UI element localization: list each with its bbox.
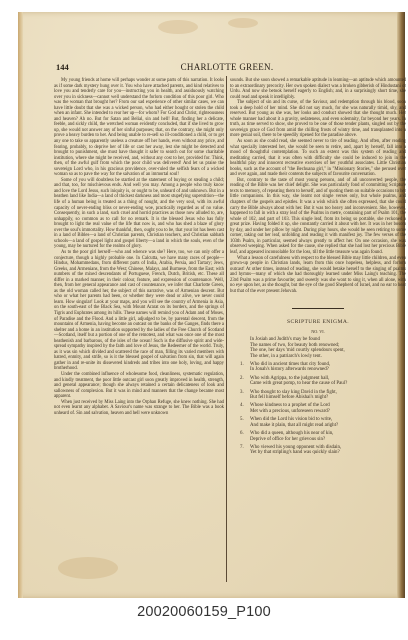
paper-stain bbox=[58, 557, 118, 579]
left-column: My young friends at home will perhaps wo… bbox=[54, 78, 224, 416]
paragraph: The subject of sin and its curse, of the… bbox=[230, 100, 406, 139]
enigma-question: 3. Who thought to slay king David in the… bbox=[230, 390, 406, 401]
paragraph: Under the combined influence of wholesom… bbox=[54, 372, 224, 400]
question-number: 1. bbox=[240, 362, 244, 367]
question-number: 5. bbox=[240, 417, 244, 422]
paragraph: But, contrary to the taste of most young… bbox=[230, 178, 406, 256]
paragraph: My young friends at home will perhaps wo… bbox=[54, 78, 224, 178]
image-caption: 20020060159_P100 bbox=[0, 604, 408, 620]
verse-line: The other, in a patriarch's lowly tent. bbox=[250, 354, 406, 359]
right-column: sounds. But she soon showed a remarkable… bbox=[230, 78, 406, 459]
paragraph: What a lesson of carefulness with respec… bbox=[230, 256, 406, 295]
question-number: 4. bbox=[240, 403, 244, 408]
paragraph: Some of you will doubtless be startled a… bbox=[54, 178, 224, 250]
enigma-number: NO. VI. bbox=[230, 329, 406, 335]
question-number: 3. bbox=[240, 390, 244, 395]
scanned-page: 144 CHARLOTTE GREEN. My young friends at… bbox=[18, 12, 405, 598]
enigma-question: 6. Who did a queen, although his near of… bbox=[230, 431, 406, 442]
verse-line: Yet by that stripling's hand was quickly… bbox=[250, 450, 406, 455]
column-divider bbox=[226, 76, 227, 582]
paragraph: As to the poor girl herself—who and when… bbox=[54, 250, 224, 372]
enigma-question: 1. Who did in ancient times that city fo… bbox=[230, 362, 406, 373]
verse-line: But fell himself before Abishai's might? bbox=[250, 395, 406, 400]
enigma-title: SCRIPTURE ENIGMA. bbox=[230, 320, 406, 326]
enigma-intro: In Josiah and Judith's may be found The … bbox=[230, 337, 406, 359]
verse-line: Deprive of office for her grievous sin? bbox=[250, 437, 406, 442]
paragraph: As soon as she could read, she seemed ne… bbox=[230, 139, 406, 178]
paper-stain bbox=[158, 20, 198, 34]
question-number: 6. bbox=[240, 431, 244, 436]
paragraph: When just received by Miss Laing into th… bbox=[54, 400, 224, 417]
verse-line: Came with great pomp, to hear the cause … bbox=[250, 381, 406, 386]
verse-line: Met with a precious, unforeseen reward? bbox=[250, 409, 406, 414]
page-header: 144 CHARLOTTE GREEN. bbox=[56, 62, 398, 74]
question-number: 2. bbox=[240, 376, 244, 381]
enigma-question: 2. Who with Agrippa, to the judgment hal… bbox=[230, 376, 406, 387]
page-edge bbox=[18, 12, 23, 598]
enigma-question: 4. Whose kindness to a prophet of the Lo… bbox=[230, 403, 406, 414]
verse-line: In Jonah's history afterwards renowned? bbox=[250, 367, 406, 372]
section-rule bbox=[292, 308, 344, 309]
verse-line: And make it plain, that all might read a… bbox=[250, 423, 406, 428]
paper-stain bbox=[228, 18, 258, 28]
enigma-question: 5. When did the Lord his vision bid to w… bbox=[230, 417, 406, 428]
question-number: 7. bbox=[240, 445, 244, 450]
enigma-question: 7. Who viewed his young opponent with di… bbox=[230, 445, 406, 456]
paragraph: sounds. But she soon showed a remarkable… bbox=[230, 78, 406, 100]
running-title: CHARLOTTE GREEN. bbox=[56, 62, 398, 72]
